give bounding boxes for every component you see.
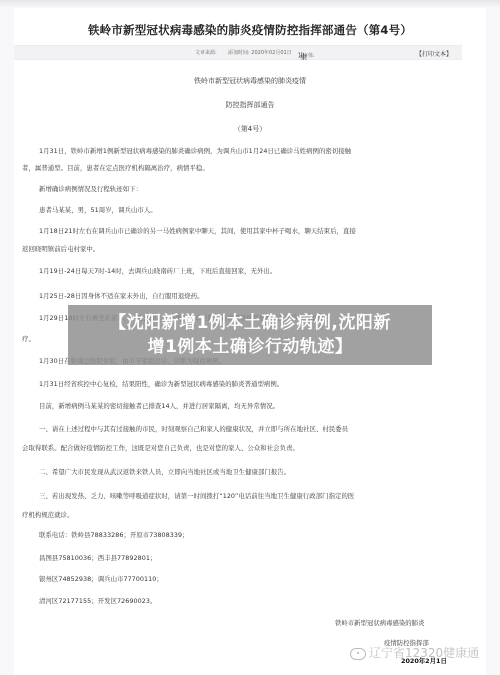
font-size-close: 】 xyxy=(298,52,303,59)
article-source: 文章来源: xyxy=(195,49,217,56)
wechat-icon xyxy=(350,648,366,660)
paragraph: 1月25日-28日因身体不适在家未外出，自行服用退烧药。 xyxy=(39,291,204,300)
doc-heading-number: （第4号） xyxy=(14,124,486,134)
contact-line: 银州区74852938；调兵山市77700110； xyxy=(39,574,163,583)
doc-heading-line2: 防控指挥部通告 xyxy=(14,100,486,110)
paragraph-cont: 返回晓明镇前后屯村家中。 xyxy=(22,244,99,253)
headline-overlay-text: 【沈阳新增1例本土确诊病例,沈阳新 增1例本土确诊行动轨迹】 xyxy=(68,311,432,359)
paragraph: 目前，新增病例马某某的密切接触者已排查14人，并进行居家隔离，均无异常情况。 xyxy=(39,401,279,410)
watermark-text: 辽宁省12320健康通 xyxy=(369,646,479,660)
contact-line: 昌图县75810036；西丰县77892801； xyxy=(39,553,156,562)
doc-heading-line1: 铁岭市新型冠状病毒感染的肺炎疫情 xyxy=(14,76,486,86)
paragraph-cont: 会取得联系。配合做好疫情防控工作，这既是对您自己负责，也是对您的家人、公众和社会… xyxy=(22,443,299,452)
paragraph: 三、若出现发热、乏力、咳嗽等呼吸道症状时，请第一时间拨打“120”电话前往当地卫… xyxy=(39,491,354,500)
top-blur xyxy=(0,0,500,8)
paragraph: 1月31日经省疾控中心复检，结果阳性，确诊为新型冠状病毒感染的肺炎普通型病例。 xyxy=(39,379,283,388)
headline-line1: 【沈阳新增1例本土确诊病例,沈阳新 xyxy=(68,311,432,335)
contact-line: 联系电话：铁岭县78833286；开原市73808339； xyxy=(39,530,189,539)
contact-line: 清河区72177155；开发区72690023。 xyxy=(39,596,156,605)
print-button[interactable]: 【打印文本】 xyxy=(416,49,452,58)
watermark: 辽宁省12320健康通 xyxy=(350,644,479,661)
article-meta-bar: 文章来源: 添加时间: 2020年02月01日 【字体: 大 中 小 】 【打印… xyxy=(14,45,462,60)
paragraph: 1月18日21时左右在调兵山市已确诊的另一马姓病例家中聊天，其间，使用其家中杯子… xyxy=(39,226,356,235)
paragraph: 患者马某某，男，51周岁，调兵山市人。 xyxy=(39,205,157,214)
paragraph: 二、希望广大市民发现从武汉返铁来铁人员，立即向当地社区或当地卫生健康部门报告。 xyxy=(39,467,290,476)
paragraph: 一、请在上述过程中与其有过接触的市民，时刻观察自己和家人的健康状况，并立即与所在… xyxy=(39,424,348,433)
paragraph: 新增确诊病例情况及行程轨迹如下： xyxy=(39,184,142,193)
paragraph: 1月19日-24日每天7时-14时，去调兵山晓南砖厂上班，下班后直接回家，无外出… xyxy=(39,266,276,275)
page-title: 铁岭市新型冠状病毒感染的肺炎疫情防控指挥部通告（第4号） xyxy=(14,22,486,38)
paragraph-cont: 疗机构规范就诊。 xyxy=(22,510,74,519)
paragraph: 1月31日，铁岭市新增1例新型冠状病毒感染的肺炎确诊病例，为调兵山市1月24日已… xyxy=(39,146,351,155)
article-date: 添加时间: 2020年02月01日 xyxy=(228,49,292,56)
headline-line2: 增1例本土确诊行动轨迹】 xyxy=(68,335,432,359)
paragraph-cont: 疗。 xyxy=(22,334,35,343)
headline-overlay-banner: 【沈阳新增1例本土确诊病例,沈阳新 增1例本土确诊行动轨迹】 xyxy=(68,305,432,365)
signature-org-line1: 铁岭市新型冠状病毒感染的肺炎 xyxy=(335,618,424,627)
paragraph-cont: 者，属普通型。目前，患者在定点医疗机构隔离治疗，病情平稳。 xyxy=(22,163,209,172)
